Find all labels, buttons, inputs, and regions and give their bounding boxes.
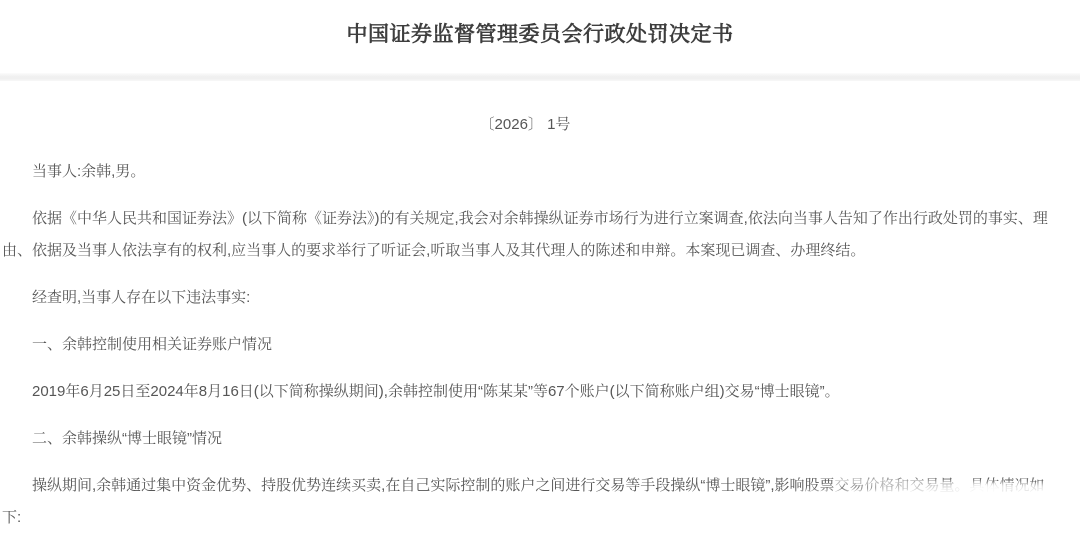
party-paragraph: 当事人:余韩,男。 xyxy=(2,156,1048,188)
document-body: 〔2026〕 1号 当事人:余韩,男。 依据《中华人民共和国证券法》(以下简称《… xyxy=(0,109,1080,534)
section1-paragraph: 2019年6月25日至2024年8月16日(以下简称操纵期间),余韩控制使用“陈… xyxy=(2,376,1048,408)
document-number: 〔2026〕 1号 xyxy=(2,109,1048,141)
title-divider xyxy=(0,73,1080,81)
legal-basis-paragraph: 依据《中华人民共和国证券法》(以下简称《证券法》)的有关规定,我会对余韩操纵证券… xyxy=(2,203,1048,267)
document-title: 中国证券监督管理委员会行政处罚决定书 xyxy=(0,0,1080,47)
section2-paragraph: 操纵期间,余韩通过集中资金优势、持股优势连续买卖,在自己实际控制的账户之间进行交… xyxy=(2,470,1048,534)
findings-intro-paragraph: 经查明,当事人存在以下违法事实: xyxy=(2,282,1048,314)
penalty-decision-page: 中国证券监督管理委员会行政处罚决定书 〔2026〕 1号 当事人:余韩,男。 依… xyxy=(0,0,1080,555)
section1-heading: 一、余韩控制使用相关证券账户情况 xyxy=(2,329,1048,361)
section2-heading: 二、余韩操纵“博士眼镜”情况 xyxy=(2,423,1048,455)
